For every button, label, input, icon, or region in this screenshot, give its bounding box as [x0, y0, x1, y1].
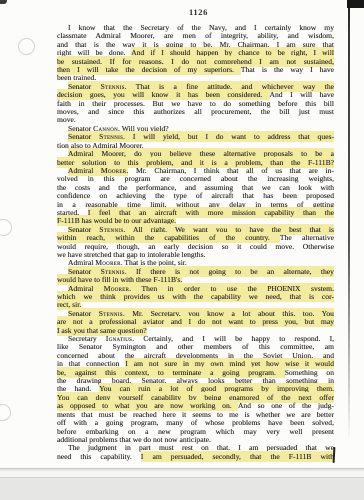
text-line: then I will take the decision of my supe…: [57, 66, 334, 74]
text-segment: in that connection: [57, 359, 125, 368]
scan-background: [0, 469, 364, 500]
text-segment: That is the way I have: [241, 65, 334, 74]
scan-corner-mark-top-right: [347, 0, 364, 8]
text-block: I know that the Secretary of the Navy, a…: [57, 24, 334, 461]
page-number: 1126: [57, 7, 340, 17]
highlighted-text: would have to fill in with these F-111B'…: [57, 275, 182, 284]
highlighted-text: which we think provides us with the capa…: [57, 292, 334, 301]
text-line: which we think provides us with the capa…: [57, 293, 334, 301]
highlighted-text: And if I should happen by chance to be r…: [131, 48, 334, 57]
punch-hole: [0, 404, 11, 421]
text-segment: right will be done.: [57, 48, 131, 57]
text-segment: moves, and since this authorizes all pro…: [57, 107, 334, 116]
highlighted-text: are not a professional aviator and I do …: [57, 317, 334, 326]
highlighted-text: I am persuaded, secondly, that the F-111…: [141, 452, 334, 461]
text-line: moves, and since this authorizes all pro…: [57, 108, 334, 116]
punch-hole: [0, 219, 12, 236]
highlighted-text: . I will yield, but I do want to address…: [123, 132, 334, 141]
document-page: 1126 I know that the Secretary of the Na…: [0, 0, 364, 469]
highlighted-text: F-111B has would be to our advantage.: [57, 216, 176, 225]
text-line: need this capability. I am persuaded, se…: [57, 453, 334, 461]
punch-hole: [18, 38, 35, 55]
text-segment: need this capability.: [57, 452, 141, 461]
under-sheet-edge: [0, 471, 364, 478]
highlighted-text: Admiral Moorer, do you believe these alt…: [68, 149, 334, 158]
scanned-document-photo: 1126 I know that the Secretary of the Na…: [0, 0, 364, 500]
photocopy-edge-line: [348, 0, 350, 442]
